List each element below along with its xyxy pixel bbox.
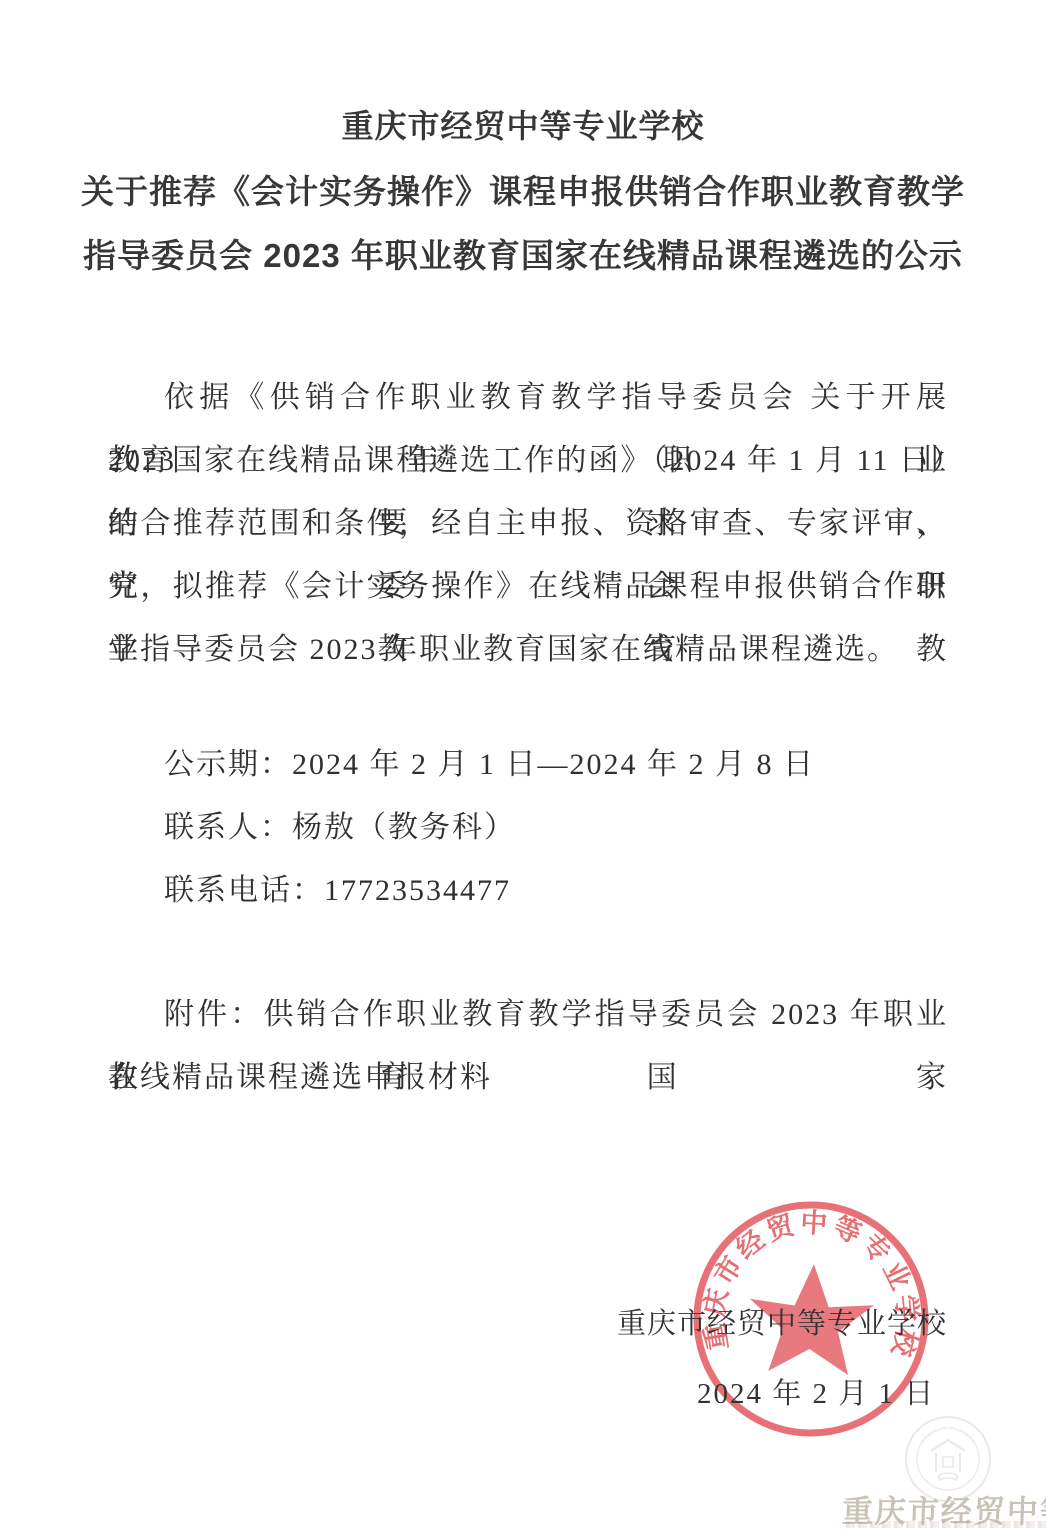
- contact-person-line: 联系人：杨敖（教务科）: [108, 796, 948, 859]
- watermark-speckle-strip: [846, 1521, 1046, 1528]
- body-line: 学指导委员会 2023 年职业教育国家在线精品课程遴选。: [108, 618, 948, 681]
- document-title-line-2: 关于推荐《会计实务操作》课程申报供销合作职业教育教学: [0, 170, 1046, 214]
- attachment-line: 在线精品课程遴选申报材料: [108, 1046, 948, 1109]
- body-line: 教育国家在线精品课程遴选工作的函》（2024 年 1 月 11 日）的要求，: [108, 429, 948, 492]
- publicity-period-line: 公示期：2024 年 2 月 1 日—2024 年 2 月 8 日: [108, 733, 948, 796]
- contact-phone-line: 联系电话：17723534477: [108, 859, 948, 922]
- document-page: 重庆市经贸中等专业学校 关于推荐《会计实务操作》课程申报供销合作职业教育教学 指…: [0, 0, 1046, 1534]
- document-org-title: 重庆市经贸中等专业学校: [0, 104, 1046, 148]
- body-line: 结合推荐范围和条件，经自主申报、资格审查、专家评审、党委会研: [108, 492, 948, 555]
- document-title-line-3: 指导委员会 2023 年职业教育国家在线精品课程遴选的公示: [0, 234, 1046, 278]
- signature-org: 重庆市经贸中等专业学校: [617, 1301, 947, 1342]
- attachment-line: 附件：供销合作职业教育教学指导委员会 2023 年职业教育国家: [108, 983, 948, 1046]
- signature-date: 2024 年 2 月 1 日: [697, 1371, 935, 1412]
- body-line: 究，拟推荐《会计实务操作》在线精品课程申报供销合作职业教育教: [108, 555, 948, 618]
- body-line: 依据《供销合作职业教育教学指导委员会 关于开展 2023 年职业: [108, 366, 948, 429]
